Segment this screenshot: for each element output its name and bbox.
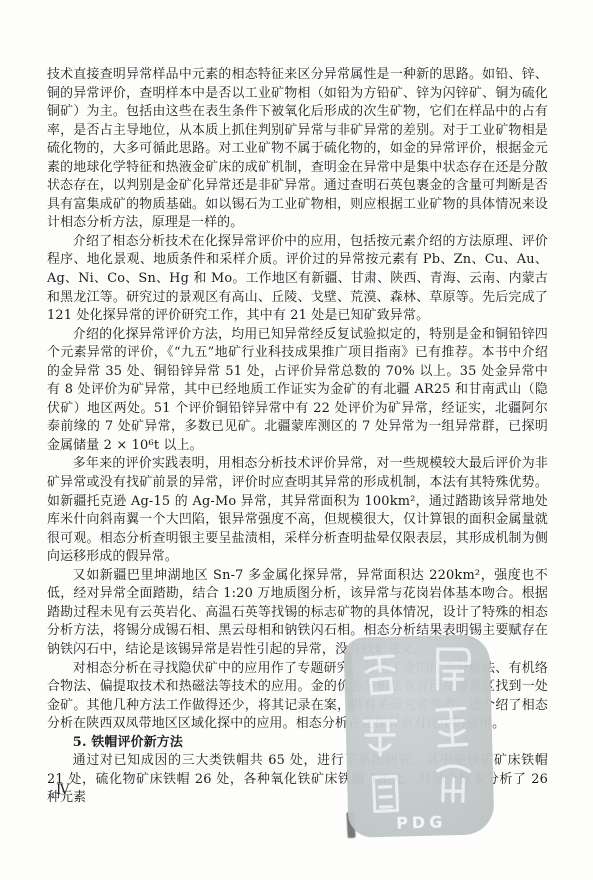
paragraph: 技术直接查明异常样品中元素的相态特征来区分异常属性是一种新的思路。如铅、锌、铜的… xyxy=(47,66,548,233)
paragraph: 介绍的化探异常评价方法，均用已知异常经反复试验拟定的，特别是金和铜铅锌四个元素异… xyxy=(47,326,548,456)
seal-glyph-icon xyxy=(428,700,475,753)
pdg-watermark-label: PDG xyxy=(348,811,494,834)
seal-glyph-icon xyxy=(356,647,404,700)
paragraph: 多年来的评价实践表明，用相态分析技术评价异常，对一些规模较大最后评价为非矿异常或… xyxy=(47,455,548,566)
library-seal-watermark: PDG xyxy=(343,634,494,838)
seal-glyph-icon xyxy=(427,643,474,693)
seal-glyph-icon xyxy=(364,768,408,820)
page-number: Ⅳ xyxy=(56,782,70,798)
seal-glyph-icon xyxy=(358,711,402,761)
scanned-document-page: 技术直接查明异常样品中元素的相态特征来区分异常属性是一种新的思路。如铅、锌、铜的… xyxy=(0,0,593,880)
seal-glyph-icon xyxy=(431,759,476,810)
paragraph: 介绍了相态分析技术在化探异常评价中的应用，包括按元素介绍的方法原理、评价程序、地… xyxy=(47,233,548,326)
